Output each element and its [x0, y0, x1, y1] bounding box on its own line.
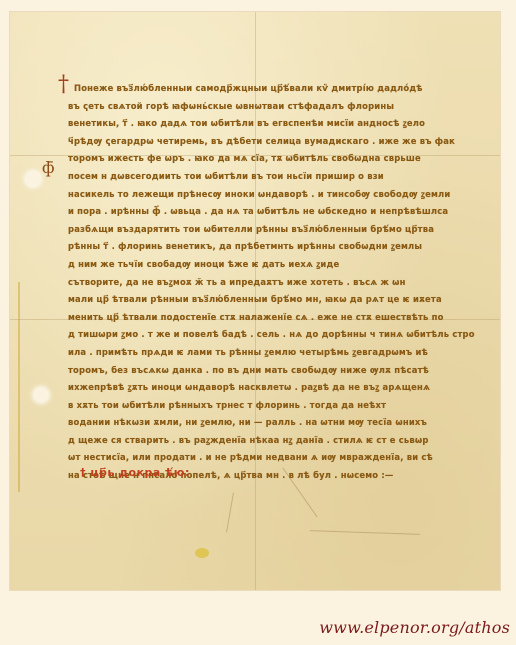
paper-crack	[310, 530, 420, 535]
text-line: торомъ ижесть фе ѡръ . ꙗко да мѧ сїа, тѫ…	[68, 150, 496, 168]
text-line: торомъ, без въсѧкѡ данка . по въ дни мат…	[68, 362, 496, 380]
text-line: и пора . ирѣнны ф҃ . ѡвьца . да нѧ та ѡб…	[68, 203, 496, 221]
manuscript-text: Понеже въз҃лю́бленныи самодр҃жцныи цр҃ѣ́…	[68, 80, 496, 485]
text-line: ѡт нестисїа, или продати . и не рѣдми не…	[68, 449, 496, 467]
signature-rubric: † цр҃ь докра ѣ́ю:	[80, 466, 190, 479]
paper-crack	[226, 493, 234, 533]
text-line: ила . примѣть прѧди ѥ лами ть рѣнны ꙁемл…	[68, 344, 496, 362]
marginal-mark-icon: ф̄	[42, 160, 55, 176]
text-line: д щеже ся стварить . въ раꙁжденїа нѣкаа …	[68, 432, 496, 450]
text-line: рѣнны т҃ . флоринь венетикъ, да прѣбетмн…	[68, 238, 496, 256]
text-line: венетикы, т҃ . ꙗко дадѧ тои ѡбитѣли въ е…	[68, 115, 496, 133]
text-line: мали цр҃ ѣтвали рѣнныи въз҃лю́бленныи бр…	[68, 291, 496, 309]
text-line: насикель то лежещи прѣнесѹ иноки ѡндавор…	[68, 186, 496, 204]
text-line: ихжепрѣвѣ ꙁѫть иноци ѡндаворѣ насквлетѡ …	[68, 379, 496, 397]
text-line: въ ҁеть свѧтой горѣ ꙗфѡнь҆скые ѡвнѡтваи …	[68, 98, 496, 116]
watermark-url: www.elpenor.org/athos	[319, 618, 510, 637]
text-line: д тишѡри ꙁмо . т же и повелѣ бадѣ . сель…	[68, 326, 496, 344]
text-line: ч҃рѣдѹ ҁегардрѡ четиремь, въ дѣбети сели…	[68, 133, 496, 151]
text-line: Понеже въз҃лю́бленныи самодр҃жцныи цр҃ѣ́…	[68, 80, 496, 98]
text-line: менить цр҃ ѣтвали подостенїе стѫ налажен…	[68, 309, 496, 327]
text-line: водании нѣкѡзи ѫмли, ни ꙁемлю, ни — ралл…	[68, 414, 496, 432]
text-line: д ним же тьчїи свобадѹ иноци ѣже ѥ дать …	[68, 256, 496, 274]
text-line: в хѫть тои ѡбитѣли рѣнныхъ трнес т флори…	[68, 397, 496, 415]
punch-hole	[26, 172, 40, 186]
paper-stain	[195, 548, 209, 558]
punch-hole	[34, 388, 48, 402]
text-line: сътворите, да не въꙁмоѫ ӂ ть а ипредаѫтъ…	[68, 274, 496, 292]
text-line: посем н дѡвсегодиить тои ѡбитѣли въ тои …	[68, 168, 496, 186]
text-line: разбѧщи въздарятить тои ѡбителли рѣнны в…	[68, 221, 496, 239]
